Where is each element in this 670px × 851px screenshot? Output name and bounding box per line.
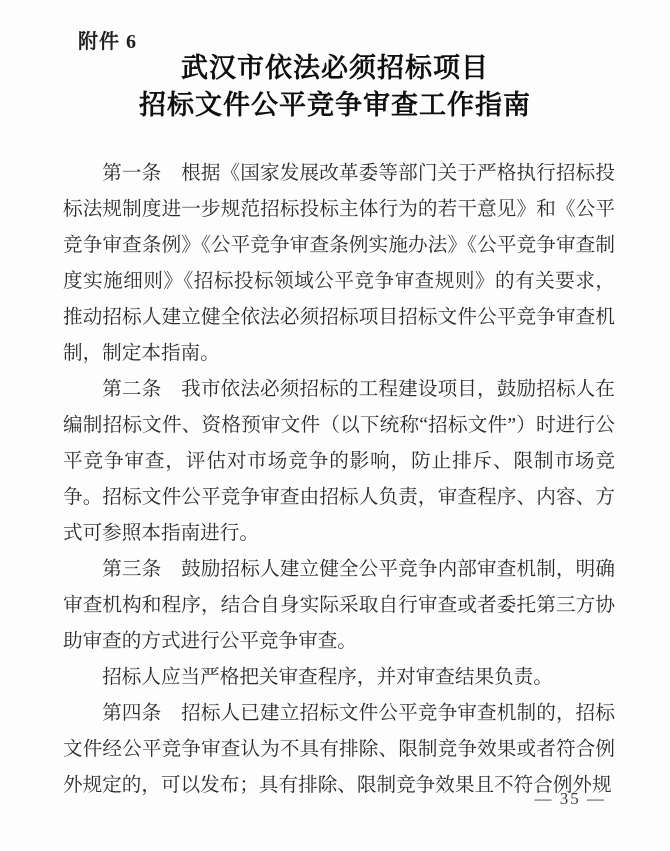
paragraph: 第四条 招标人已建立招标文件公平竞争审查机制的，招标文件经公平竞争审查认为不具有… (63, 696, 615, 804)
paragraph: 第二条 我市依法必须招标的工程建设项目，鼓励招标人在编制招标文件、资格预审文件（… (63, 372, 615, 552)
paragraph: 招标人应当严格把关审查程序，并对审查结果负责。 (63, 660, 615, 696)
paragraph: 第三条 鼓励招标人建立健全公平竞争内部审查机制，明确审查机构和程序，结合自身实际… (63, 552, 615, 660)
title-line-1: 武汉市依法必须招标项目 (0, 50, 670, 87)
document-title: 武汉市依法必须招标项目 招标文件公平竞争审查工作指南 (0, 50, 670, 124)
document-page: 附件 6 武汉市依法必须招标项目 招标文件公平竞争审查工作指南 第一条 根据《国… (0, 0, 670, 851)
title-line-2: 招标文件公平竞争审查工作指南 (0, 87, 670, 124)
document-body: 第一条 根据《国家发展改革委等部门关于严格执行招标投标法规制度进一步规范招标投标… (63, 156, 615, 804)
paragraph: 第一条 根据《国家发展改革委等部门关于严格执行招标投标法规制度进一步规范招标投标… (63, 156, 615, 372)
page-number: — 35 — (535, 789, 607, 809)
